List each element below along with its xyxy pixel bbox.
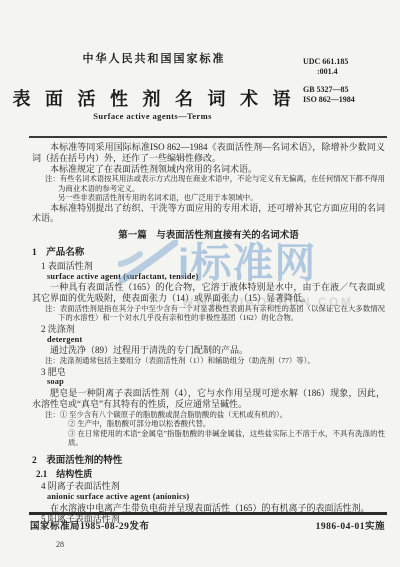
document-title-en: Surface active agents—Terms	[0, 111, 305, 121]
term3-definition: 肥皂是一种阴离子表面活性剂（4），它与水作用呈现可逆水解（186）现象，因此，水…	[32, 388, 385, 410]
footer-issue-date: 国家标准局1985-08-29发布	[30, 518, 149, 532]
part1-heading: 第一篇 与表面活性剂直接有关的名词术语	[32, 231, 385, 242]
term4-name-en: anionic surface active agent (anionics)	[32, 492, 385, 503]
term3-note-1: 注：① 至少含有八个碳原子的脂肪酸或混合脂肪酸的盐（无机或有机的）。	[32, 410, 385, 419]
term3-name-cn: 3 肥皂	[32, 367, 385, 378]
foreword-paragraph-3: 本标准特别提出了纺织、干洗等方面应用的专用术语，还可增补其它方面应用的名词术语。	[32, 203, 385, 225]
header-divider	[29, 136, 387, 138]
term2-name-en: detergent	[32, 335, 385, 346]
term2-definition: 通过洗净（89）过程用于清洗的专门配制的产品。	[32, 345, 385, 356]
foreword-note-1: 注：有些名词术语按其用法或表示方式出现在商业术语中，不论与定义有无偏离，在任何情…	[32, 174, 385, 193]
section2-1-subheading: 2.1 结构性质	[32, 469, 385, 480]
footer-effective-date: 1986-04-01实施	[316, 518, 385, 532]
udc-number: UDC 661.185 :001.4	[303, 57, 348, 76]
section2-heading: 2 表面活性剂的特性	[32, 456, 385, 467]
term2-note: 注：洗涤剂通常包括主要组分（表面活性剂（1））和辅助组分（助洗剂（77）等）。	[32, 356, 385, 365]
udc-line1: UDC 661.185	[303, 57, 348, 67]
term1-name-cn: 1 表面活性剂	[32, 261, 385, 272]
foreword-paragraph-1: 本标准等同采用国际标准ISO 862—1984《表面活性剂—名词术语》，除增补少…	[32, 142, 385, 164]
document-title-cn: 表 面 活 性 剂 名 词 术 语	[0, 85, 308, 111]
udc-line2: :001.4	[303, 67, 348, 77]
iso-number: ISO 862—1984	[303, 95, 355, 105]
section1-heading: 1 产品名称	[32, 248, 385, 259]
standard-numbers: GB 5327—85 ISO 862—1984	[303, 85, 355, 104]
standard-document-page: 中华人民共和国国家标准 UDC 661.185 :001.4 GB 5327—8…	[0, 0, 400, 567]
term3-note-2: ② 生产中，脂肪酸可部分地以松香酸代替。	[32, 419, 385, 428]
gb-number: GB 5327—85	[303, 85, 355, 95]
foreword-note-2: 另一些非表面活性剂专用的名词术语，也广泛用于本领域中。	[32, 193, 385, 202]
term1-name-en: surface active agent (surfactant, tensid…	[32, 272, 385, 283]
standard-org-title: 中华人民共和国国家标准	[0, 50, 308, 66]
term4-name-cn: 4 阴离子表面活性剂	[32, 481, 385, 492]
term2-name-cn: 2 洗涤剂	[32, 324, 385, 335]
page-number: 28	[56, 540, 64, 549]
document-body: 本标准等同采用国际标准ISO 862—1984《表面活性剂—名词术语》，除增补少…	[32, 142, 385, 525]
term1-definition: 一种具有表面活性（165）的化合物，它溶于液体特别是水中，由于在液／气表面或其它…	[32, 282, 385, 304]
foreword-paragraph-2: 本标准规定了在表面活性剂领域内常用的名词术语。	[32, 164, 385, 175]
term3-note-3: ③ 在日常使用的术语“金属皂”指脂肪酸的非碱金属盐，这些盐实际上不溶于水，不具有…	[32, 429, 385, 448]
term3-name-en: soap	[32, 377, 385, 388]
term1-note: 注：表面活性剂是指在其分子中至少含有一个对显著极性表面具有亲和性的基团（以保证它…	[32, 304, 385, 323]
footer-divider	[29, 512, 387, 515]
